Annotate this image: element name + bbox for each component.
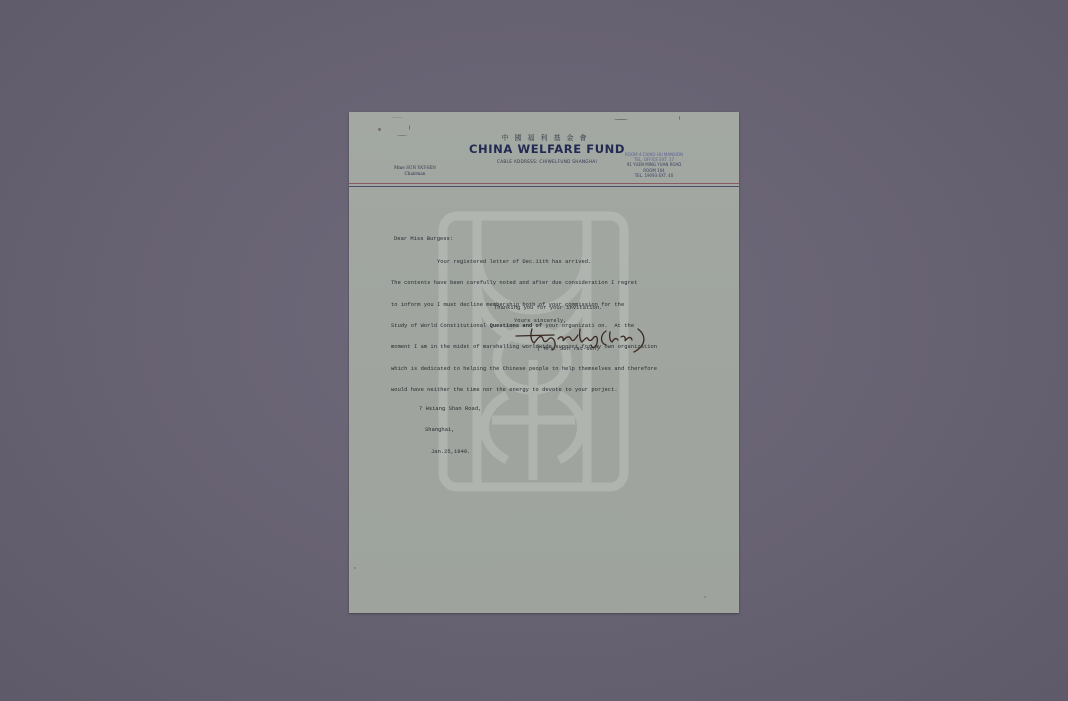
- paper-stain: [391, 117, 403, 118]
- paper-stain: [409, 125, 410, 130]
- body-line: Your registered letter of Dec.11th has a…: [391, 259, 657, 266]
- paper-stain: [679, 116, 680, 120]
- office-address-block: ROOM 4 CHIAO HU MANSION TEL. OFFICE EXT.…: [624, 152, 684, 178]
- paper-stain: [614, 119, 628, 120]
- letterhead-rule-blue: [349, 186, 739, 187]
- office-address-line: TEL. 19093 EXT. 40: [624, 173, 684, 178]
- body-line: which is dedicated to helping the Chines…: [391, 366, 657, 373]
- office-address-line: 91 YUEN MING YUAN ROAD: [624, 162, 684, 167]
- sender-address-line: 7 Hsiang Shan Road,: [419, 406, 481, 413]
- chair-block: Mme SUN YAT-SEN Chairman: [385, 165, 445, 177]
- paper-stain: [704, 596, 706, 598]
- chair-title: Chairman: [385, 171, 445, 177]
- thanks-line: Thanking you for your invitation.: [494, 305, 602, 312]
- letterhead-rule-red: [349, 183, 739, 184]
- sender-address-line: Shanghai,: [419, 427, 481, 434]
- paper-stain: [378, 128, 381, 131]
- letter-paper: 中國福利基金會 CHINA WELFARE FUND CABLE ADDRESS…: [349, 112, 739, 613]
- paper-stain: [354, 567, 356, 569]
- letter-date: Jan.25,1949.: [419, 449, 481, 456]
- signer-name: ( Mrs. Sun Yat-sen): [537, 346, 599, 353]
- sender-address: 7 Hsiang Shan Road, Shanghai, Jan.25,194…: [419, 392, 481, 470]
- salutation: Dear Miss Burgess:: [394, 236, 453, 243]
- body-line: The contents have been carefully noted a…: [391, 280, 657, 287]
